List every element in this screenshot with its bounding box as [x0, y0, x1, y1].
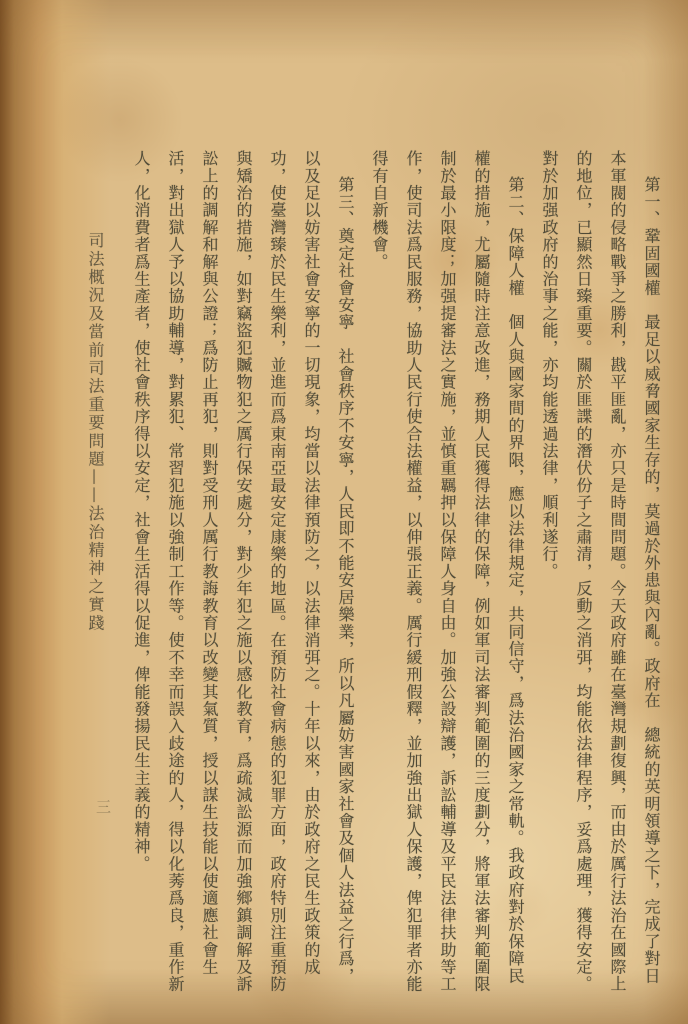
paragraph-1-consolidate-national-sovereignty: 第一、鞏固國權 最足以威脅國家生存的，莫過於外患與內亂。政府在 總統的英明領導之… [532, 150, 668, 998]
page-number: 三 [93, 799, 114, 814]
scanned-document-page: 第一、鞏固國權 最足以威脅國家生存的，莫過於外患與內亂。政府在 總統的英明領導之… [0, 0, 688, 1024]
main-text-block: 第一、鞏固國權 最足以威脅國家生存的，莫過於外患與內亂。政府在 總統的英明領導之… [124, 150, 668, 998]
paragraph-3-establish-social-order: 第三、奠定社會安寧 社會秩序不安寧，人民即不能安居樂業，所以凡屬妨害國家社會及個… [124, 150, 362, 998]
margin-title-note: 司法概況及當前司法重要問題——法治精神之實踐 [84, 232, 106, 662]
paragraph-2-protect-human-rights: 第二、保障人權 個人與國家間的界限，應以法律規定，共同信守，爲法治國家之常軌。我… [362, 150, 532, 998]
